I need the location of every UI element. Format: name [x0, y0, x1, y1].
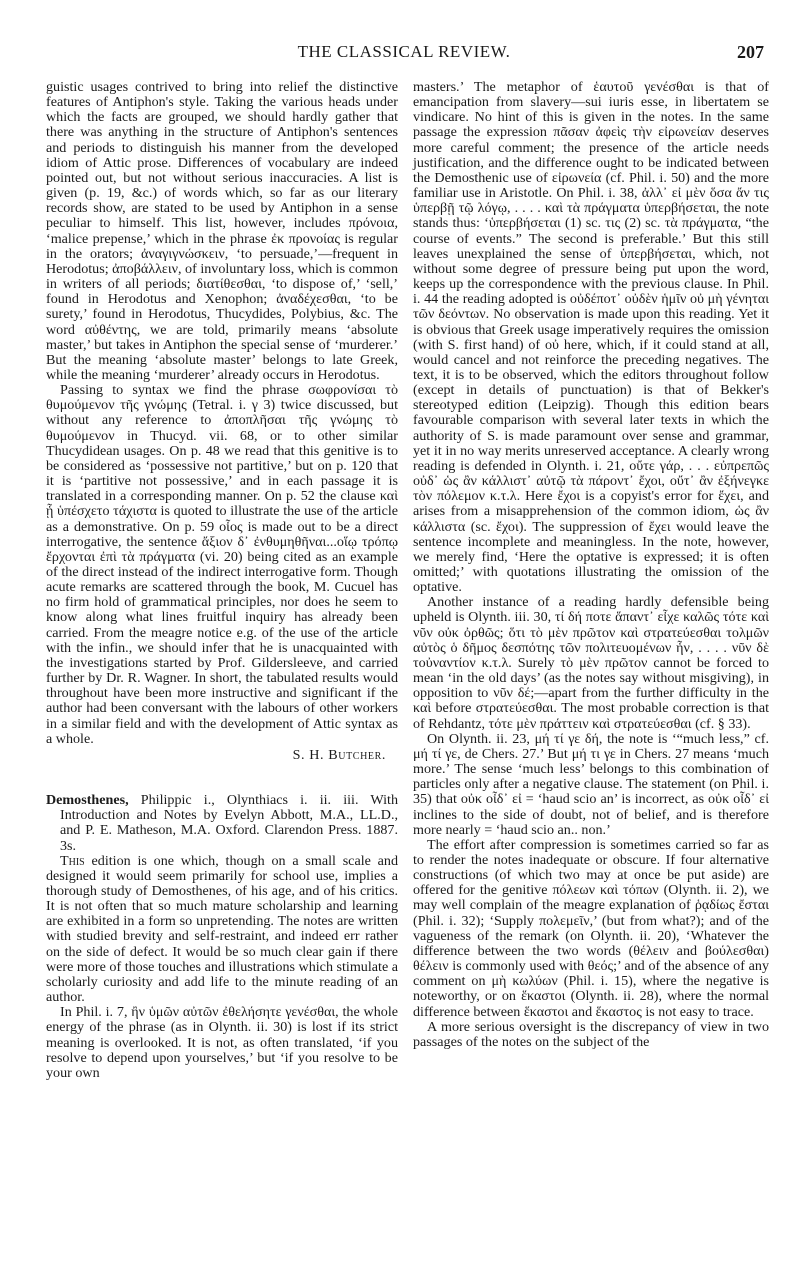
review-book-title: Demosthenes,: [46, 792, 129, 808]
paragraph-edition-text: edition is one which, though on a small …: [46, 853, 398, 1005]
page-number: 207: [737, 42, 764, 63]
running-title: THE CLASSICAL REVIEW.: [44, 42, 764, 62]
page-header: THE CLASSICAL REVIEW. 207: [44, 42, 764, 66]
lead-word: This: [60, 853, 85, 869]
paragraph-compression: The effort after compression is sometime…: [413, 838, 769, 1020]
paragraph-serious-oversight: A more serious oversight is the discrepa…: [413, 1020, 769, 1050]
right-column: masters.’ The metaphor of ἑαυτοῦ γενέσθα…: [413, 80, 769, 1050]
review-heading: Demosthenes, Philippic i., Olynthiacs i.…: [46, 793, 398, 854]
paragraph-antiphon-syntax: Passing to syntax we find the phrase σωφ…: [46, 383, 398, 747]
paragraph-olynth-ii-23: On Olynth. ii. 23, μή τί γε δή, the note…: [413, 732, 769, 838]
paragraph-antiphon-vocabulary: guistic usages contrived to bring into r…: [46, 80, 398, 383]
left-column: guistic usages contrived to bring into r…: [46, 80, 398, 1081]
paragraph-edition-overview: This edition is one which, though on a s…: [46, 854, 398, 1006]
paragraph-phil-i-7: In Phil. i. 7, ἢν ὑμῶν αὐτῶν ἐθελήσητε γ…: [46, 1005, 398, 1081]
paragraph-olynth-iii-30: Another instance of a reading hardly def…: [413, 595, 769, 731]
paragraph-masters-metaphor: masters.’ The metaphor of ἑαυτοῦ γενέσθα…: [413, 80, 769, 595]
author-signature: S. H. Butcher.: [46, 748, 398, 763]
